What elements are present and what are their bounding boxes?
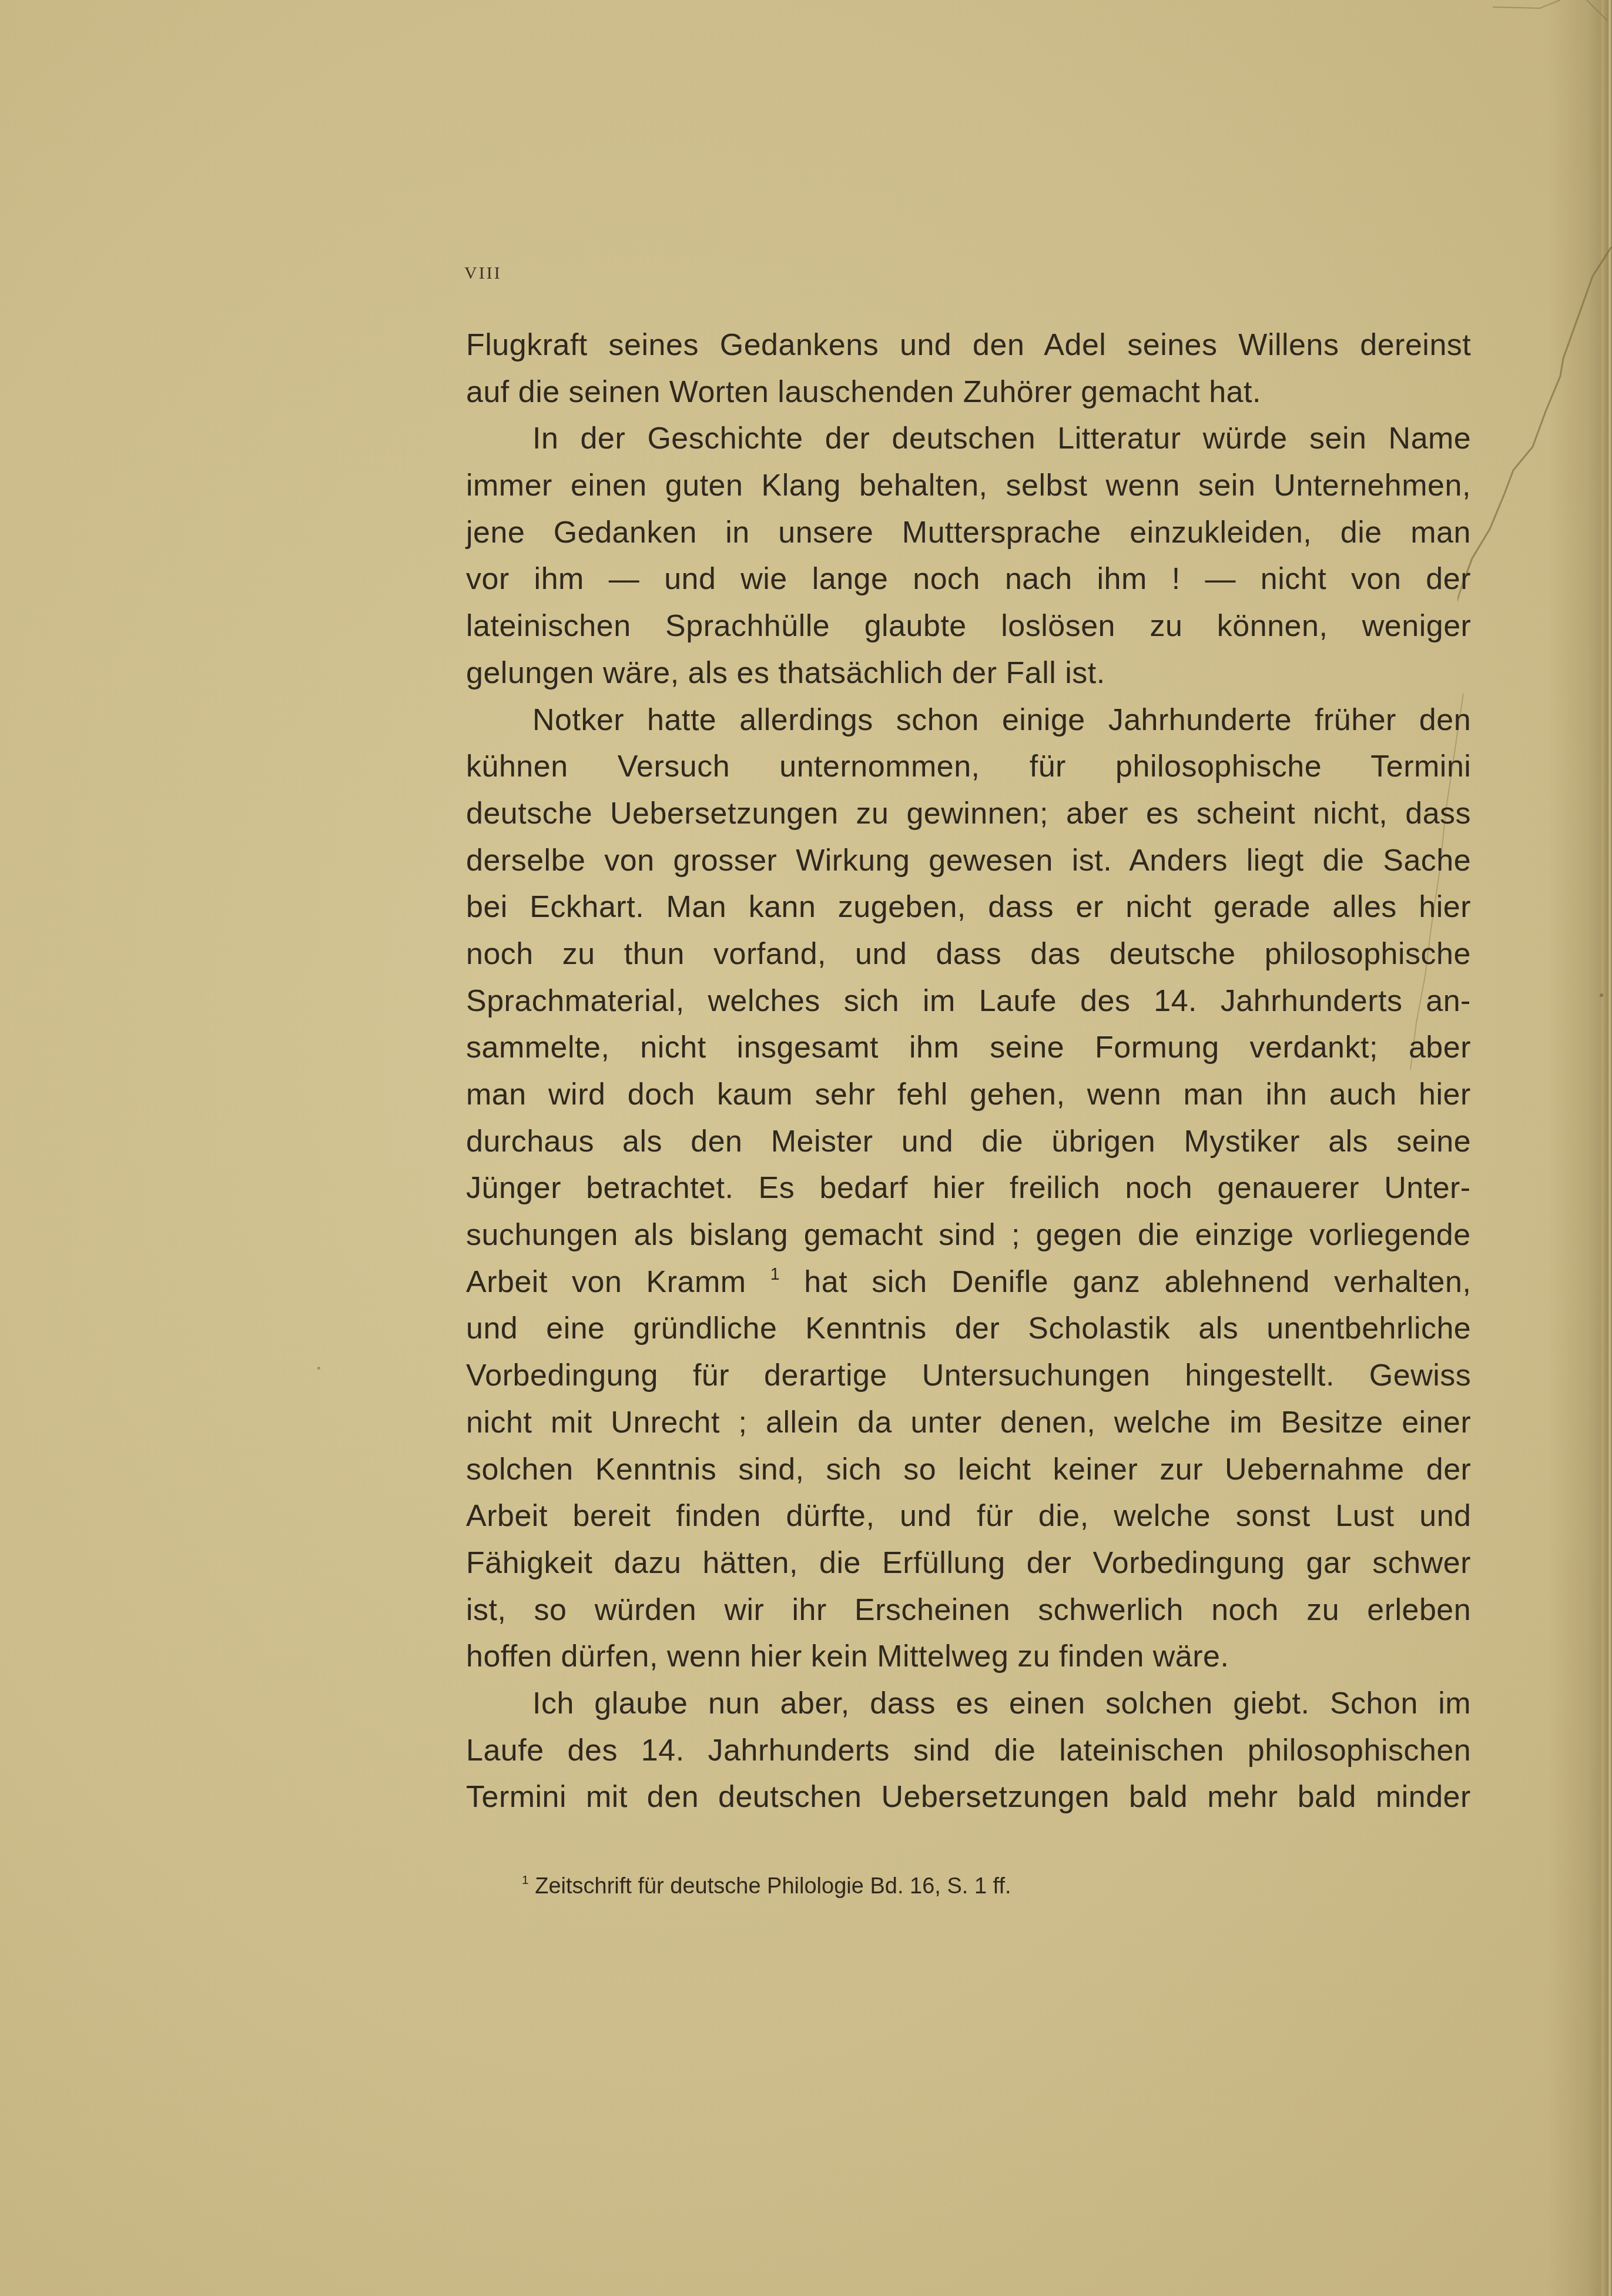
text-line: hoffen dürfen, wenn hier kein Mittelweg … <box>466 1634 1471 1681</box>
text-line: noch zu thun vorfand, und dass das deuts… <box>466 931 1471 978</box>
text-line: Vorbedingung für derartige Untersuchunge… <box>466 1353 1471 1400</box>
text-line: derselbe von grosser Wirkung gewesen ist… <box>466 838 1471 885</box>
footnote-marker: 1 <box>522 1873 529 1887</box>
footnote: 1 Zeitschrift für deutsche Philologie Bd… <box>522 1874 1011 1899</box>
text-line: deutsche Uebersetzungen zu gewinnen; abe… <box>466 791 1471 838</box>
text-line: Sprachmaterial, welches sich im Laufe de… <box>466 978 1471 1025</box>
text-line: solchen Kenntnis sind, sich so leicht ke… <box>466 1447 1471 1494</box>
text-line: suchungen als bislang gemacht sind ; geg… <box>466 1212 1471 1259</box>
text-line: nicht mit Unrecht ; allein da unter dene… <box>466 1400 1471 1447</box>
text-segment: hat sich Denifle ganz ablehnend verhalte… <box>780 1265 1471 1299</box>
text-line: durchaus als den Meister und die übrigen… <box>466 1119 1471 1166</box>
text-line: vor ihm — und wie lange noch nach ihm ! … <box>466 556 1471 603</box>
paragraph-start-line: Ich glaube nun aber, dass es einen solch… <box>466 1681 1471 1728</box>
text-line: Arbeit bereit finden dürfte, und für die… <box>466 1493 1471 1540</box>
text-line: bei Eckhart. Man kann zugeben, dass er n… <box>466 884 1471 931</box>
text-line: ist, so würden wir ihr Erscheinen schwer… <box>466 1587 1471 1634</box>
footnote-text: Zeitschrift für deutsche Philologie Bd. … <box>529 1874 1011 1899</box>
page-edge <box>1601 0 1612 2296</box>
text-line: man wird doch kaum sehr fehl gehen, wenn… <box>466 1072 1471 1119</box>
text-line: Arbeit von Kramm 1 hat sich Denifle ganz… <box>466 1259 1471 1306</box>
text-line: immer einen guten Klang behalten, selbst… <box>466 463 1471 510</box>
text-line: jene Gedanken in unsere Muttersprache ei… <box>466 510 1471 557</box>
text-line: sammelte, nicht insgesamt ihm seine Form… <box>466 1025 1471 1072</box>
text-line: Jünger betrachtet. Es bedarf hier freili… <box>466 1165 1471 1212</box>
text-line: Fähigkeit dazu hätten, die Erfüllung der… <box>466 1540 1471 1587</box>
book-page: VIII Flugkraft seines Gedankens und den … <box>0 0 1612 2296</box>
text-line: Termini mit den deutschen Uebersetzungen… <box>466 1774 1471 1821</box>
text-line: gelungen wäre, als es thatsächlich der F… <box>466 650 1471 697</box>
text-line: auf die seinen Worten lauschenden Zuhöre… <box>466 369 1471 416</box>
text-line: und eine gründliche Kenntnis der Scholas… <box>466 1306 1471 1353</box>
paragraph-start-line: Notker hatte allerdings schon einige Jah… <box>466 697 1471 744</box>
text-line: Laufe des 14. Jahrhunderts sind die late… <box>466 1728 1471 1775</box>
paper-speck <box>317 1367 320 1370</box>
text-line: lateinischen Sprachhülle glaubte loslöse… <box>466 603 1471 650</box>
body-text: Flugkraft seines Gedankens und den Adel … <box>466 322 1471 1821</box>
footnote-reference[interactable]: 1 <box>770 1264 780 1283</box>
text-segment: Arbeit von Kramm <box>466 1265 770 1299</box>
paragraph-start-line: In der Geschichte der deutschen Litterat… <box>466 416 1471 463</box>
text-line: Flugkraft seines Gedankens und den Adel … <box>466 322 1471 369</box>
paper-speck <box>1600 993 1603 997</box>
paper-crease-top-right <box>1457 0 1612 823</box>
page-number: VIII <box>464 263 502 283</box>
text-line: kühnen Versuch unternommen, für philosop… <box>466 744 1471 791</box>
